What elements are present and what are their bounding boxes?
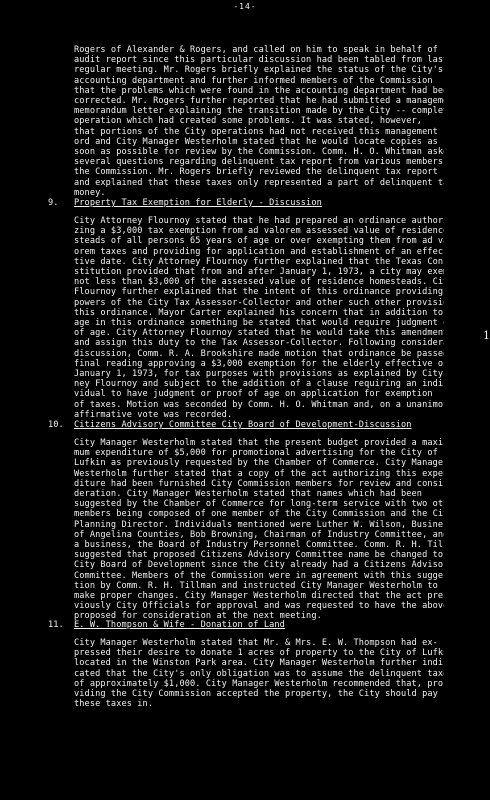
text-line: audit report since this particular discu… (74, 55, 444, 65)
text-line: of taxes. Motion was seconded by Comm. H… (74, 400, 444, 410)
text-line: Westerholm further stated that a copy of… (74, 469, 444, 479)
text-line: steads of all persons 65 years of age or… (74, 236, 444, 246)
text-line: located in the Winston Park area. City M… (74, 658, 444, 668)
text-line: operation which had created some problem… (74, 116, 444, 126)
text-line: diture had been furnished City Commissio… (74, 479, 444, 489)
agenda-item-title: E. W. Thompson & Wife - Donation of Land (74, 620, 285, 630)
text-line: that portions of the City operations had… (74, 127, 444, 137)
text-line: accounting department and further inform… (74, 76, 444, 86)
text-line: cated that the City's only obligation wa… (74, 669, 444, 679)
text-line: deration. City Manager Westerholm stated… (74, 489, 444, 499)
text-line: January 1, 1973, for tax purposes with p… (74, 369, 444, 379)
text-line: orem taxes and providing for application… (74, 247, 444, 257)
text-line: members being composed of one member of … (74, 509, 444, 519)
text-line: not less than $3,000 of the assessed val… (74, 277, 444, 287)
agenda-item-number: 9. (48, 198, 74, 208)
text-line: tive date. City Attorney Flournoy furthe… (74, 257, 444, 267)
agenda-item-body: City Manager Westerholm stated that Mr. … (74, 638, 444, 709)
text-line: of Angelina Counties, Bob Browning, Chai… (74, 530, 444, 540)
text-line: pressed their desire to donate 1 acres o… (74, 648, 444, 658)
text-line: of age. City Attorney Flournoy stated th… (74, 328, 444, 338)
agenda-item-number: 11. (48, 620, 74, 630)
text-line: Committee. Members of the Commission wer… (74, 571, 444, 581)
text-line: ord and City Manager Westerholm stated t… (74, 137, 444, 147)
text-line: money. (74, 188, 444, 198)
margin-mark: 1 (483, 331, 490, 341)
text-line: viously City Officials for approval and … (74, 601, 444, 611)
text-line: regular meeting. Mr. Rogers briefly expl… (74, 65, 444, 75)
text-line: Flournoy further explained that the inte… (74, 287, 444, 297)
text-line: powers of the City Tax Assessor-Collecto… (74, 298, 444, 308)
text-line: suggested that proposed Citizens Advisor… (74, 550, 444, 560)
text-line: a business, the Board of Industry Person… (74, 540, 444, 550)
text-line: age in this ordinance something be state… (74, 318, 444, 328)
agenda-item-number: 10. (48, 420, 74, 430)
agenda-item-heading: 10.Citizens Advisory Committee City Boar… (48, 420, 448, 430)
text-line: corrected. Mr. Rogers further reported t… (74, 96, 444, 106)
text-line: discussion, Comm. R. A. Brookshire made … (74, 349, 444, 359)
intro-paragraph: Rogers of Alexander & Rogers, and called… (74, 45, 444, 198)
text-line: Planning Director. Individuals mentioned… (74, 520, 444, 530)
agenda-item-body: City Attorney Flournoy stated that he ha… (74, 216, 444, 420)
text-line: Rogers of Alexander & Rogers, and called… (74, 45, 444, 55)
text-line: this ordinance. Mayor Carter explained h… (74, 308, 444, 318)
agenda-item-title: Property Tax Exemption for Elderly - Dis… (74, 198, 322, 208)
text-line: several questions regarding delinquent t… (74, 157, 444, 167)
page-number: -14- (0, 2, 490, 12)
text-line: City Attorney Flournoy stated that he ha… (74, 216, 444, 226)
text-line: mum expenditure of $5,000 for promotiona… (74, 448, 444, 458)
agenda-item-title: Citizens Advisory Committee City Board o… (74, 420, 412, 430)
text-line: ney Flournoy and subject to the addition… (74, 379, 444, 389)
text-line: suggested by the Chamber of Commerce for… (74, 499, 444, 509)
agenda-item-heading: 11.E. W. Thompson & Wife - Donation of L… (48, 620, 448, 630)
text-line: tion by Comm. R. H. Tillman and instruct… (74, 581, 444, 591)
text-line: the Commission. Mr. Rogers briefly revie… (74, 167, 444, 177)
text-line: affirmative vote was recorded. (74, 410, 444, 420)
text-line: and assign this duty to the Tax Assessor… (74, 338, 444, 348)
agenda-item-body: City Manager Westerholm stated that the … (74, 438, 444, 622)
text-line: that the problems which were found in th… (74, 86, 444, 96)
text-line: Lufkin as previously requested by the Ch… (74, 458, 444, 468)
text-line: soon as possible for review by the Commi… (74, 147, 444, 157)
text-line: final reading approving a $3,000 exempti… (74, 359, 444, 369)
text-line: zing a $3,000 tax exemption from ad valo… (74, 226, 444, 236)
text-line: memorandum letter explaining the transit… (74, 106, 444, 116)
text-line: City Manager Westerholm stated that the … (74, 438, 444, 448)
text-line: City Manager Westerholm stated that Mr. … (74, 638, 444, 648)
text-line: viding the City Commission accepted the … (74, 689, 444, 699)
text-line: City Board of Development since the City… (74, 560, 444, 570)
text-line: stitution provided that from and after J… (74, 267, 444, 277)
text-line: and explained that these taxes only repr… (74, 178, 444, 188)
text-line: of approximately $1,000. City Manager We… (74, 679, 444, 689)
text-line: make proper changes. City Manager Wester… (74, 591, 444, 601)
agenda-item-heading: 9.Property Tax Exemption for Elderly - D… (48, 198, 448, 208)
text-line: these taxes in. (74, 699, 444, 709)
text-line: vidual to have judgment or proof of age … (74, 389, 444, 399)
